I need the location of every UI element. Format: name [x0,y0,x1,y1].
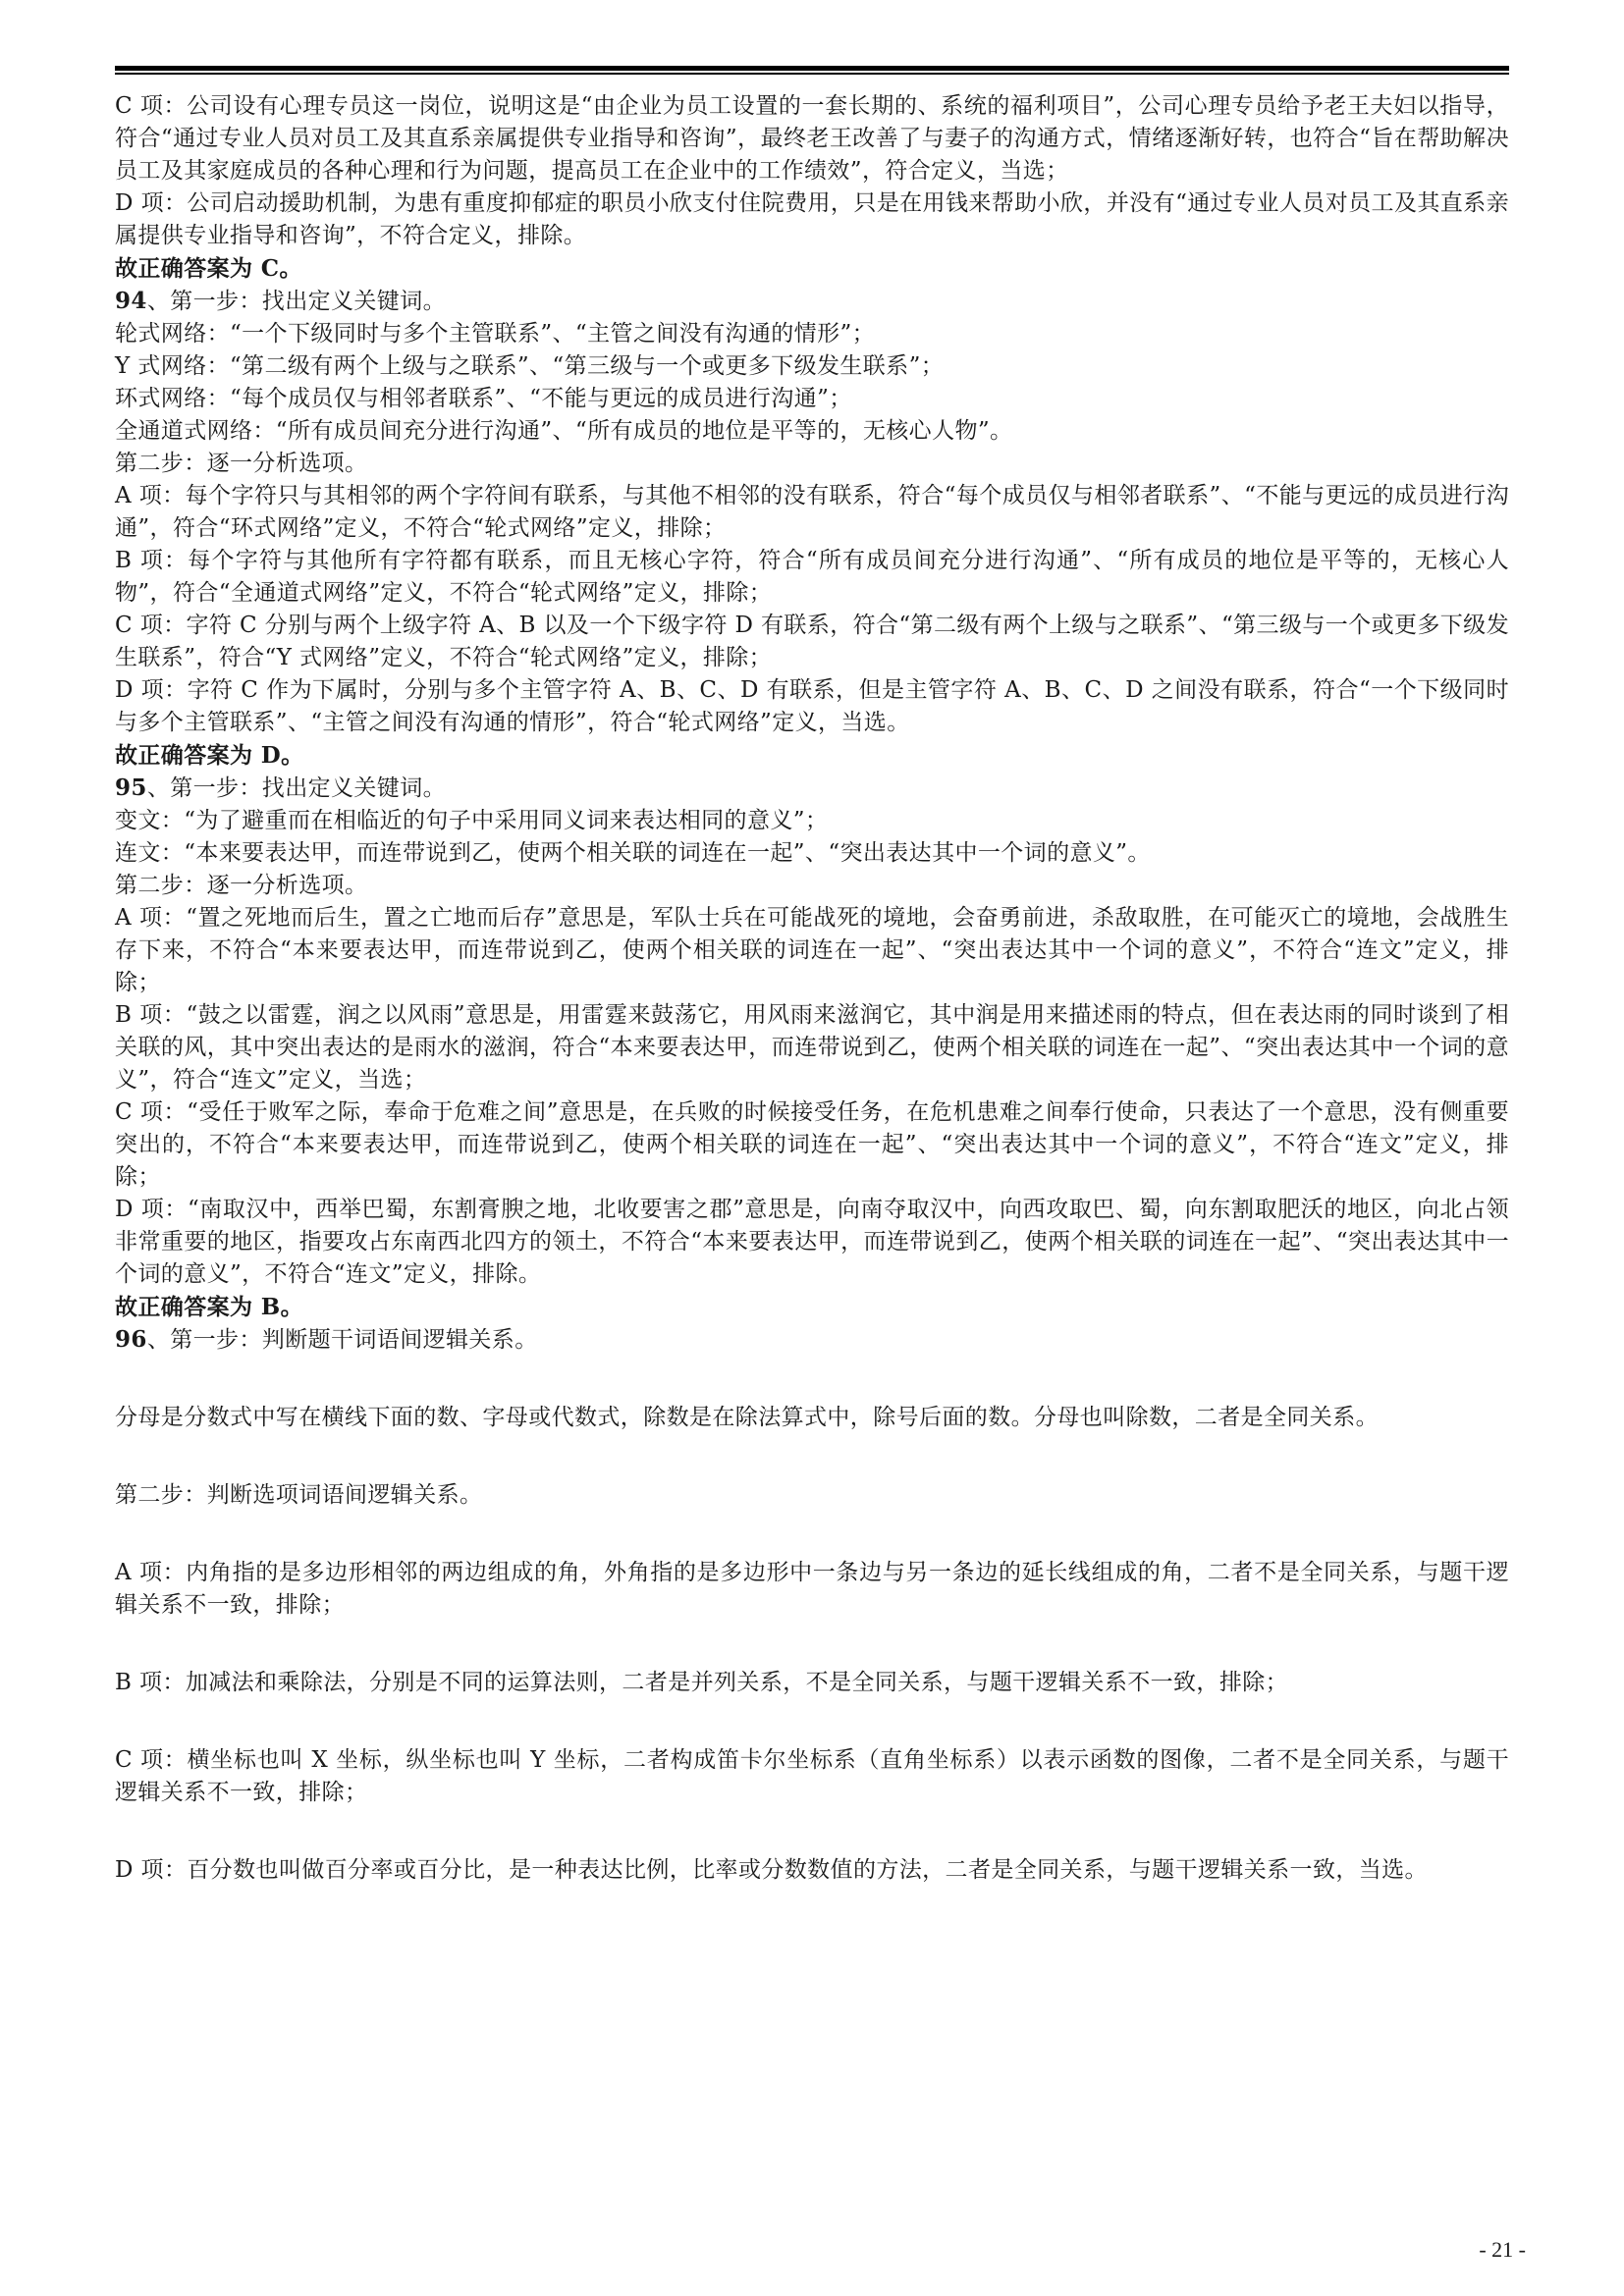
q96-number: 96 [115,1326,147,1353]
q96-stem-analysis: 分母是分数式中写在横线下面的数、字母或代数式，除数是在除法算式中，除号后面的数。… [115,1402,1509,1434]
q94-number: 94 [115,288,147,314]
q94-option-a: A 项：每个字符只与其相邻的两个字符间有联系，与其他不相邻的没有联系，符合“每个… [115,480,1509,545]
q94-definition: 全通道式网络：“所有成员间充分进行沟通”、“所有成员的地位是平等的，无核心人物”… [115,415,1509,448]
q93-answer: 故正确答案为 C。 [115,252,1509,285]
q96-option-a: A 项：内角指的是多边形相邻的两边组成的角，外角指的是多边形中一条边与另一条边的… [115,1557,1509,1622]
q95-answer: 故正确答案为 B。 [115,1291,1509,1323]
q94-definition: 轮式网络：“一个下级同时与多个主管联系”、“主管之间没有沟通的情形”； [115,318,1509,350]
q94-definition: Y 式网络：“第二级有两个上级与之联系”、“第三级与一个或更多下级发生联系”； [115,350,1509,383]
q96-step1: 96、第一步：判断题干词语间逻辑关系。 [115,1323,1509,1357]
q93-option-d: D 项：公司启动援助机制，为患有重度抑郁症的职员小欣支付住院费用，只是在用钱来帮… [115,187,1509,252]
q96-option-d: D 项：百分数也叫做百分率或百分比，是一种表达比例，比率或分数数值的方法，二者是… [115,1854,1509,1887]
q96-step2: 第二步：判断选项词语间逻辑关系。 [115,1479,1509,1512]
q95-definition: 变文：“为了避重而在相临近的句子中采用同义词来表达相同的意义”； [115,805,1509,837]
q94-option-c: C 项：字符 C 分别与两个上级字符 A、B 以及一个下级字符 D 有联系，符合… [115,610,1509,674]
q95-option-d: D 项：“南取汉中，西举巴蜀，东割膏腴之地，北收要害之郡”意思是，向南夺取汉中，… [115,1194,1509,1291]
q95-definition: 连文：“本来要表达甲，而连带说到乙，使两个相关联的词连在一起”、“突出表达其中一… [115,837,1509,870]
q94-step2: 第二步：逐一分析选项。 [115,448,1509,480]
q94-step1: 94、第一步：找出定义关键词。 [115,285,1509,318]
document-body: C 项：公司设有心理专员这一岗位，说明这是“由企业为员工设置的一套长期的、系统的… [115,90,1509,1887]
q95-number: 95 [115,774,147,801]
header-double-rule [115,66,1509,75]
q94-option-b: B 项：每个字符与其他所有字符都有联系，而且无核心字符，符合“所有成员间充分进行… [115,545,1509,610]
page-number: - 21 - [1479,2237,1526,2263]
q94-definition: 环式网络：“每个成员仅与相邻者联系”、“不能与更远的成员进行沟通”； [115,383,1509,415]
q93-option-c: C 项：公司设有心理专员这一岗位，说明这是“由企业为员工设置的一套长期的、系统的… [115,90,1509,187]
q96-option-b: B 项：加减法和乘除法，分别是不同的运算法则，二者是并列关系，不是全同关系，与题… [115,1667,1509,1699]
q95-option-c: C 项：“受任于败军之际，奉命于危难之间”意思是，在兵败的时候接受任务，在危机患… [115,1096,1509,1194]
q96-option-c: C 项：横坐标也叫 X 坐标，纵坐标也叫 Y 坐标，二者构成笛卡尔坐标系（直角坐… [115,1744,1509,1809]
q95-step1: 95、第一步：找出定义关键词。 [115,772,1509,805]
q94-answer: 故正确答案为 D。 [115,739,1509,772]
q94-option-d: D 项：字符 C 作为下属时，分别与多个主管字符 A、B、C、D 有联系，但是主… [115,674,1509,739]
q95-step2: 第二步：逐一分析选项。 [115,870,1509,902]
q95-option-a: A 项：“置之死地而后生，置之亡地而后存”意思是，军队士兵在可能战死的境地，会奋… [115,902,1509,999]
q95-option-b: B 项：“鼓之以雷霆，润之以风雨”意思是，用雷霆来鼓荡它，用风雨来滋润它，其中润… [115,999,1509,1096]
header-rule-thin [115,73,1509,75]
